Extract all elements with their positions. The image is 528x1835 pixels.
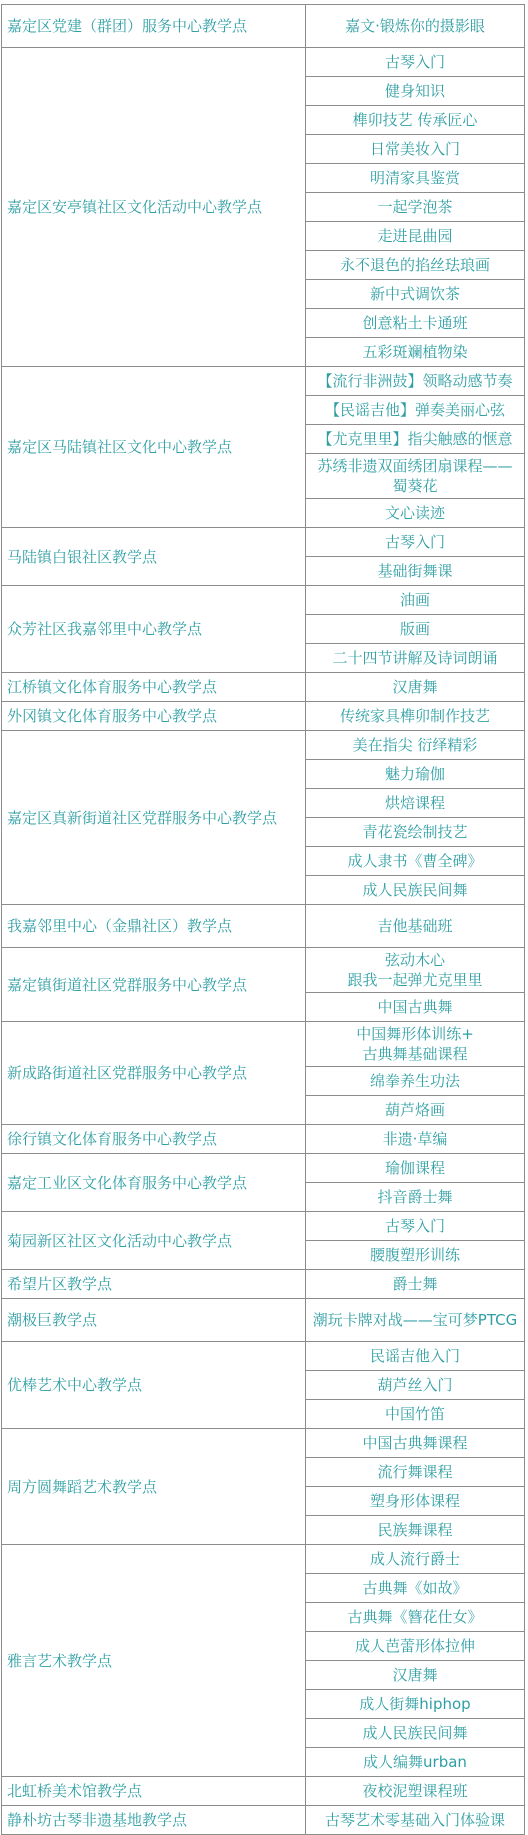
location-cell: 优棒艺术中心教学点 bbox=[2, 1342, 306, 1429]
location-cell: 北虹桥美术馆教学点 bbox=[2, 1777, 306, 1806]
course-cell: 青花瓷绘制技艺 bbox=[306, 818, 525, 847]
course-schedule-table: 嘉定区党建（群团）服务中心教学点嘉文·锻炼你的摄影眼嘉定区安亭镇社区文化活动中心… bbox=[1, 4, 525, 1835]
course-cell: 民族舞课程 bbox=[306, 1516, 525, 1545]
course-cell: 一起学泡茶 bbox=[306, 193, 525, 222]
course-cell: 油画 bbox=[306, 586, 525, 615]
table-row: 周方圆舞蹈艺术教学点中国古典舞课程 bbox=[2, 1429, 525, 1458]
course-cell: 日常美妆入门 bbox=[306, 135, 525, 164]
course-cell: 榫卯技艺 传承匠心 bbox=[306, 106, 525, 135]
course-cell: 【民谣吉他】弹奏美丽心弦 bbox=[306, 396, 525, 425]
course-cell: 夜校泥塑课程班 bbox=[306, 1777, 525, 1806]
location-cell: 菊园新区社区文化活动中心教学点 bbox=[2, 1212, 306, 1270]
table-row: 希望片区教学点爵士舞 bbox=[2, 1270, 525, 1299]
course-cell: 潮玩卡牌对战——宝可梦PTCG bbox=[306, 1299, 525, 1342]
course-cell: 古琴入门 bbox=[306, 528, 525, 557]
location-cell: 雅言艺术教学点 bbox=[2, 1545, 306, 1777]
table-row: 菊园新区社区文化活动中心教学点古琴入门 bbox=[2, 1212, 525, 1241]
location-cell: 江桥镇文化体育服务中心教学点 bbox=[2, 673, 306, 702]
course-cell: 瑜伽课程 bbox=[306, 1154, 525, 1183]
location-cell: 众芳社区我嘉邻里中心教学点 bbox=[2, 586, 306, 673]
table-row: 嘉定区党建（群团）服务中心教学点嘉文·锻炼你的摄影眼 bbox=[2, 5, 525, 48]
location-cell: 周方圆舞蹈艺术教学点 bbox=[2, 1429, 306, 1545]
table-row: 优棒艺术中心教学点民谣吉他入门 bbox=[2, 1342, 525, 1371]
course-cell: 传统家具榫卯制作技艺 bbox=[306, 702, 525, 731]
table-row: 新成路街道社区党群服务中心教学点中国舞形体训练+ 古典舞基础课程 bbox=[2, 1022, 525, 1067]
location-cell: 嘉定镇街道社区党群服务中心教学点 bbox=[2, 948, 306, 1022]
table-row: 外冈镇文化体育服务中心教学点传统家具榫卯制作技艺 bbox=[2, 702, 525, 731]
course-cell: 古典舞《簪花仕女》 bbox=[306, 1603, 525, 1632]
location-cell: 徐行镇文化体育服务中心教学点 bbox=[2, 1125, 306, 1154]
course-cell: 非遗·草编 bbox=[306, 1125, 525, 1154]
course-cell: 成人流行爵士 bbox=[306, 1545, 525, 1574]
course-cell: 中国古典舞课程 bbox=[306, 1429, 525, 1458]
course-cell: 新中式调饮茶 bbox=[306, 280, 525, 309]
course-cell: 美在指尖 衍绎精彩 bbox=[306, 731, 525, 760]
table-row: 众芳社区我嘉邻里中心教学点油画 bbox=[2, 586, 525, 615]
location-cell: 嘉定区马陆镇社区文化中心教学点 bbox=[2, 367, 306, 528]
location-cell: 嘉定区安亭镇社区文化活动中心教学点 bbox=[2, 48, 306, 367]
course-cell: 成人民族民间舞 bbox=[306, 876, 525, 905]
course-cell: 成人民族民间舞 bbox=[306, 1719, 525, 1748]
course-cell: 【尤克里里】指尖触感的惬意 bbox=[306, 425, 525, 454]
course-cell: 中国竹笛 bbox=[306, 1400, 525, 1429]
table-row: 嘉定区马陆镇社区文化中心教学点【流行非洲鼓】领略动感节奏 bbox=[2, 367, 525, 396]
table-row: 江桥镇文化体育服务中心教学点汉唐舞 bbox=[2, 673, 525, 702]
course-cell: 民谣吉他入门 bbox=[306, 1342, 525, 1371]
course-cell: 腰腹塑形训练 bbox=[306, 1241, 525, 1270]
course-cell: 古琴艺术零基础入门体验课 bbox=[306, 1806, 525, 1835]
course-cell: 烘焙课程 bbox=[306, 789, 525, 818]
course-cell: 中国舞形体训练+ 古典舞基础课程 bbox=[306, 1022, 525, 1067]
location-cell: 马陆镇白银社区教学点 bbox=[2, 528, 306, 586]
course-cell: 成人编舞urban bbox=[306, 1748, 525, 1777]
table-row: 雅言艺术教学点成人流行爵士 bbox=[2, 1545, 525, 1574]
table-row: 马陆镇白银社区教学点古琴入门 bbox=[2, 528, 525, 557]
course-cell: 吉他基础班 bbox=[306, 905, 525, 948]
table-row: 嘉定区真新街道社区党群服务中心教学点美在指尖 衍绎精彩 bbox=[2, 731, 525, 760]
location-cell: 新成路街道社区党群服务中心教学点 bbox=[2, 1022, 306, 1125]
course-cell: 古琴入门 bbox=[306, 1212, 525, 1241]
course-cell: 【流行非洲鼓】领略动感节奏 bbox=[306, 367, 525, 396]
table-row: 嘉定工业区文化体育服务中心教学点瑜伽课程 bbox=[2, 1154, 525, 1183]
location-cell: 潮极巨教学点 bbox=[2, 1299, 306, 1342]
course-cell: 葫芦丝入门 bbox=[306, 1371, 525, 1400]
course-cell: 明清家具鉴赏 bbox=[306, 164, 525, 193]
table-row: 嘉定区安亭镇社区文化活动中心教学点古琴入门 bbox=[2, 48, 525, 77]
table-row: 徐行镇文化体育服务中心教学点非遗·草编 bbox=[2, 1125, 525, 1154]
course-table-body: 嘉定区党建（群团）服务中心教学点嘉文·锻炼你的摄影眼嘉定区安亭镇社区文化活动中心… bbox=[2, 5, 525, 1835]
course-cell: 健身知识 bbox=[306, 77, 525, 106]
course-cell: 古琴入门 bbox=[306, 48, 525, 77]
course-cell: 五彩斑斓植物染 bbox=[306, 338, 525, 367]
course-cell: 文心读迹 bbox=[306, 499, 525, 528]
course-cell: 爵士舞 bbox=[306, 1270, 525, 1299]
course-cell: 嘉文·锻炼你的摄影眼 bbox=[306, 5, 525, 48]
course-cell: 版画 bbox=[306, 615, 525, 644]
course-cell: 魅力瑜伽 bbox=[306, 760, 525, 789]
course-cell: 成人芭蕾形体拉伸 bbox=[306, 1632, 525, 1661]
course-cell: 汉唐舞 bbox=[306, 673, 525, 702]
course-cell: 葫芦烙画 bbox=[306, 1096, 525, 1125]
course-cell: 塑身形体课程 bbox=[306, 1487, 525, 1516]
course-cell: 基础街舞课 bbox=[306, 557, 525, 586]
course-schedule-table-wrapper: 嘉定区党建（群团）服务中心教学点嘉文·锻炼你的摄影眼嘉定区安亭镇社区文化活动中心… bbox=[0, 0, 528, 1835]
table-row: 静朴坊古琴非遗基地教学点古琴艺术零基础入门体验课 bbox=[2, 1806, 525, 1835]
course-cell: 抖音爵士舞 bbox=[306, 1183, 525, 1212]
location-cell: 嘉定区真新街道社区党群服务中心教学点 bbox=[2, 731, 306, 905]
course-cell: 二十四节讲解及诗词朗诵 bbox=[306, 644, 525, 673]
course-cell: 走进昆曲园 bbox=[306, 222, 525, 251]
table-row: 北虹桥美术馆教学点夜校泥塑课程班 bbox=[2, 1777, 525, 1806]
course-cell: 成人隶书《曹全碑》 bbox=[306, 847, 525, 876]
table-row: 潮极巨教学点潮玩卡牌对战——宝可梦PTCG bbox=[2, 1299, 525, 1342]
course-cell: 创意粘土卡通班 bbox=[306, 309, 525, 338]
location-cell: 静朴坊古琴非遗基地教学点 bbox=[2, 1806, 306, 1835]
location-cell: 希望片区教学点 bbox=[2, 1270, 306, 1299]
table-row: 我嘉邻里中心（金鼎社区）教学点吉他基础班 bbox=[2, 905, 525, 948]
location-cell: 外冈镇文化体育服务中心教学点 bbox=[2, 702, 306, 731]
course-cell: 成人街舞hiphop bbox=[306, 1690, 525, 1719]
course-cell: 流行舞课程 bbox=[306, 1458, 525, 1487]
course-cell: 古典舞《如故》 bbox=[306, 1574, 525, 1603]
course-cell: 绵拳养生功法 bbox=[306, 1067, 525, 1096]
course-cell: 汉唐舞 bbox=[306, 1661, 525, 1690]
course-cell: 永不退色的掐丝珐琅画 bbox=[306, 251, 525, 280]
course-cell: 中国古典舞 bbox=[306, 993, 525, 1022]
location-cell: 嘉定区党建（群团）服务中心教学点 bbox=[2, 5, 306, 48]
course-cell: 苏绣非遗双面绣团扇课程—— 蜀葵花 bbox=[306, 454, 525, 499]
course-cell: 弦动木心 跟我一起弹尤克里里 bbox=[306, 948, 525, 993]
location-cell: 我嘉邻里中心（金鼎社区）教学点 bbox=[2, 905, 306, 948]
table-row: 嘉定镇街道社区党群服务中心教学点弦动木心 跟我一起弹尤克里里 bbox=[2, 948, 525, 993]
location-cell: 嘉定工业区文化体育服务中心教学点 bbox=[2, 1154, 306, 1212]
